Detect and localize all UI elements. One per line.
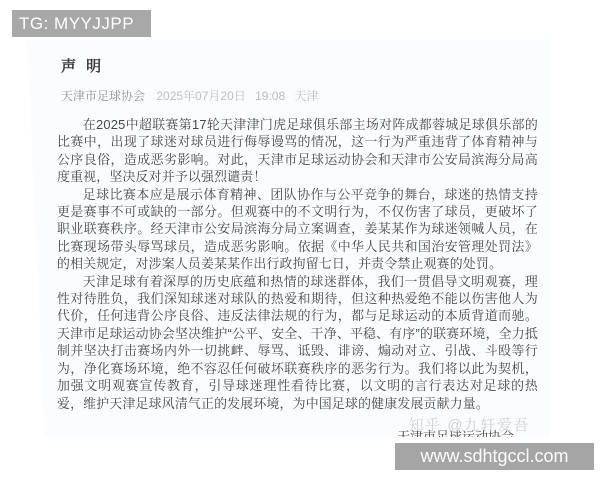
meta-time: 19:08 — [255, 89, 285, 103]
paragraph-incident: 在2025中超联赛第17轮天津津门虎足球俱乐部主场对阵成都蓉城足球俱乐部的比赛中… — [57, 116, 538, 186]
document-meta-line: 天津市足球协会 2025年07月20日 19:08 天津 — [61, 87, 538, 104]
meta-author: 天津市足球协会 — [61, 89, 145, 103]
meta-location: 天津 — [294, 89, 318, 103]
website-watermark-badge: www.sdhtgccl.com — [395, 443, 594, 470]
statement-document-card: 声 明 天津市足球协会 2025年07月20日 19:08 天津 在2025中超… — [27, 40, 550, 437]
paragraph-investigation-punishment: 足球比赛本应是展示体育精神、团队协作与公平竞争的舞台，球迷的热情支持更是赛事不可… — [57, 186, 538, 273]
document-title: 声 明 — [61, 55, 538, 76]
paragraph-commitment: 天津足球有着深厚的历史底蕴和热情的球迷群体，我们一贯倡导文明观赛，理性对待胜负，… — [57, 273, 538, 412]
document-body: 在2025中超联赛第17轮天津津门虎足球俱乐部主场对阵成都蓉城足球俱乐部的比赛中… — [57, 116, 538, 412]
zhihu-author-watermark: 知乎 @九轩爱吾 — [409, 414, 530, 435]
meta-date: 2025年07月20日 — [156, 89, 245, 103]
telegram-watermark-badge: TG: MYYJJPP — [12, 10, 151, 37]
